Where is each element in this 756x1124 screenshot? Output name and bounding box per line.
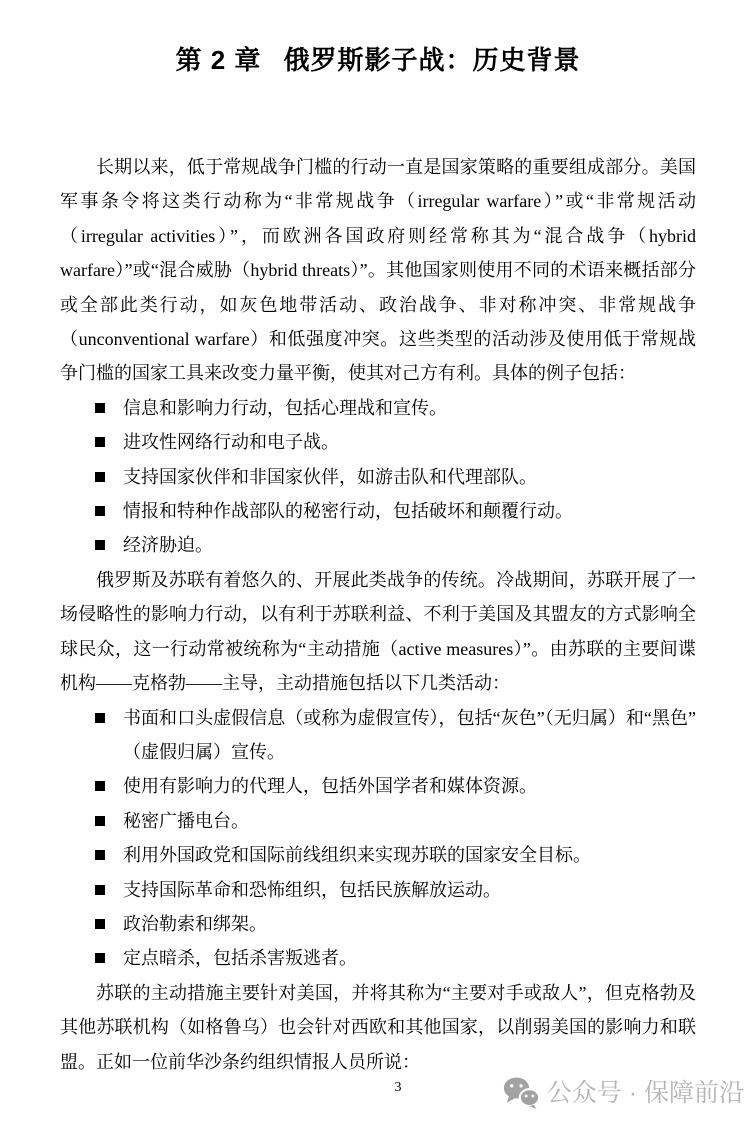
- list-item: 秘密广播电台。: [60, 804, 696, 838]
- bullet-square-icon: [95, 919, 105, 929]
- document-page: 第 2 章俄罗斯影子战：历史背景 长期以来，低于常规战争门槛的行动一直是国家策略…: [0, 0, 756, 1124]
- wechat-icon: [503, 1077, 540, 1109]
- bullet-square-icon: [95, 850, 105, 860]
- list-item: 经济胁迫。: [60, 528, 696, 562]
- list-item: 政治勒索和绑架。: [60, 907, 696, 941]
- list-item: 使用有影响力的代理人，包括外国学者和媒体资源。: [60, 769, 696, 803]
- bullet-square-icon: [95, 953, 105, 963]
- bullet-square-icon: [95, 713, 105, 723]
- chapter-title-text: 俄罗斯影子战：历史背景: [284, 45, 581, 75]
- list-item: 信息和影响力行动，包括心理战和宣传。: [60, 391, 696, 425]
- document-body: 长期以来，低于常规战争门槛的行动一直是国家策略的重要组成部分。美国军事条令将这类…: [60, 150, 696, 1079]
- list-item: 情报和特种作战部队的秘密行动，包括破坏和颠覆行动。: [60, 494, 696, 528]
- list-item: 进攻性网络行动和电子战。: [60, 425, 696, 459]
- bullet-square-icon: [95, 781, 105, 791]
- list-item-text: 支持国际革命和恐怖组织，包括民族解放运动。: [123, 880, 501, 900]
- paragraph: 俄罗斯及苏联有着悠久的、开展此类战争的传统。冷战期间，苏联开展了一场侵略性的影响…: [60, 563, 696, 701]
- bullet-square-icon: [95, 472, 105, 482]
- list-item: 定点暗杀，包括杀害叛逃者。: [60, 941, 696, 975]
- list-item-text: 使用有影响力的代理人，包括外国学者和媒体资源。: [123, 776, 537, 796]
- list-item-text: 定点暗杀，包括杀害叛逃者。: [123, 948, 357, 968]
- bullet-square-icon: [95, 506, 105, 516]
- chapter-number: 第 2 章: [175, 45, 261, 75]
- paragraph: 苏联的主动措施主要针对美国，并将其称为“主要对手或敌人”，但克格勃及其他苏联机构…: [60, 976, 696, 1079]
- list-item-text: 情报和特种作战部队的秘密行动，包括破坏和颠覆行动。: [123, 501, 573, 521]
- bullet-square-icon: [95, 816, 105, 826]
- list-item-text: 进攻性网络行动和电子战。: [123, 432, 339, 452]
- paragraph: 长期以来，低于常规战争门槛的行动一直是国家策略的重要组成部分。美国军事条令将这类…: [60, 150, 696, 391]
- bullet-list: 书面和口头虚假信息（或称为虚假宣传），包括“灰色”（无归属）和“黑色”（虚假归属…: [60, 701, 696, 976]
- list-item: 支持国家伙伴和非国家伙伴，如游击队和代理部队。: [60, 460, 696, 494]
- list-item-text: 秘密广播电台。: [123, 811, 249, 831]
- list-item-text: 支持国家伙伴和非国家伙伴，如游击队和代理部队。: [123, 467, 537, 487]
- list-item-text: 信息和影响力行动，包括心理战和宣传。: [123, 398, 447, 418]
- list-item: 利用外国政党和国际前线组织来实现苏联的国家安全目标。: [60, 838, 696, 872]
- list-item: 书面和口头虚假信息（或称为虚假宣传），包括“灰色”（无归属）和“黑色”（虚假归属…: [60, 701, 696, 770]
- bullet-square-icon: [95, 403, 105, 413]
- bullet-square-icon: [95, 885, 105, 895]
- list-item-text: 书面和口头虚假信息（或称为虚假宣传），包括“灰色”（无归属）和“黑色”（虚假归属…: [123, 708, 696, 762]
- list-item-text: 政治勒索和绑架。: [123, 914, 267, 934]
- watermark: 公众号 · 保障前沿: [503, 1077, 744, 1109]
- bullet-square-icon: [95, 540, 105, 550]
- chapter-title: 第 2 章俄罗斯影子战：历史背景: [0, 40, 756, 80]
- list-item-text: 经济胁迫。: [123, 535, 213, 555]
- list-item-text: 利用外国政党和国际前线组织来实现苏联的国家安全目标。: [123, 845, 591, 865]
- watermark-text: 公众号 · 保障前沿: [547, 1077, 744, 1109]
- list-item: 支持国际革命和恐怖组织，包括民族解放运动。: [60, 873, 696, 907]
- bullet-square-icon: [95, 437, 105, 447]
- bullet-list: 信息和影响力行动，包括心理战和宣传。 进攻性网络行动和电子战。 支持国家伙伴和非…: [60, 391, 696, 563]
